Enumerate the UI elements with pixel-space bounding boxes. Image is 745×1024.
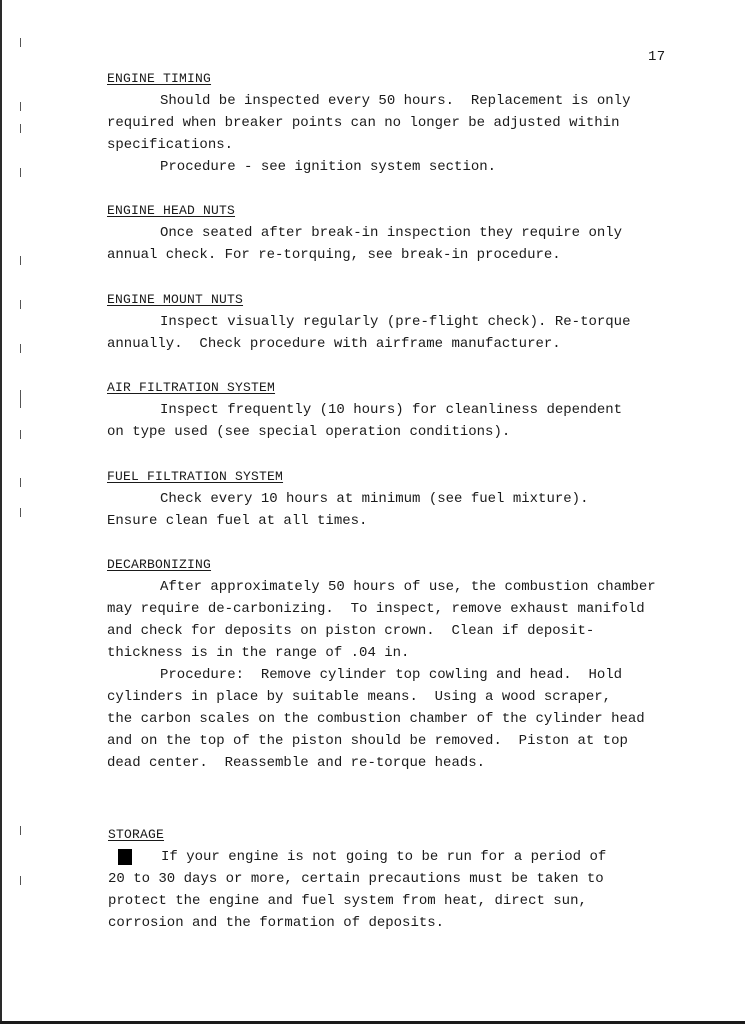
body-line: corrosion and the formation of deposits.: [108, 912, 708, 934]
bullet-marker-icon: [118, 849, 132, 865]
body-line: Check every 10 hours at minimum (see fue…: [107, 488, 707, 510]
margin-mark: [20, 478, 21, 487]
section-engine-mount-nuts: ENGINE MOUNT NUTS Inspect visually regul…: [107, 289, 707, 355]
body-line: and on the top of the piston should be r…: [107, 730, 707, 752]
section-heading: ENGINE HEAD NUTS: [107, 200, 235, 222]
margin-mark: [20, 300, 21, 309]
section-heading: DECARBONIZING: [107, 554, 211, 576]
margin-mark: [20, 168, 21, 177]
section-heading: AIR FILTRATION SYSTEM: [107, 377, 275, 399]
margin-mark: [20, 826, 21, 835]
margin-mark: [20, 344, 21, 353]
body-line: Ensure clean fuel at all times.: [107, 510, 707, 532]
body-line: Procedure: Remove cylinder top cowling a…: [107, 664, 707, 686]
body-line: and check for deposits on piston crown. …: [107, 620, 707, 642]
margin-mark: [20, 38, 21, 47]
margin-mark: [20, 390, 21, 408]
body-line: Inspect visually regularly (pre-flight c…: [107, 311, 707, 333]
section-air-filtration: AIR FILTRATION SYSTEM Inspect frequently…: [107, 377, 707, 443]
body-line: After approximately 50 hours of use, the…: [107, 576, 707, 598]
section-engine-head-nuts: ENGINE HEAD NUTS Once seated after break…: [107, 200, 707, 266]
margin-mark: [20, 124, 21, 133]
body-line: Should be inspected every 50 hours. Repl…: [107, 90, 707, 112]
body-line: protect the engine and fuel system from …: [108, 890, 708, 912]
page-number: 17: [648, 49, 665, 65]
body-line: specifications.: [107, 134, 707, 156]
body-line: the carbon scales on the combustion cham…: [107, 708, 707, 730]
section-heading: ENGINE MOUNT NUTS: [107, 289, 243, 311]
body-line: annual check. For re-torquing, see break…: [107, 244, 707, 266]
body-line: Once seated after break-in inspection th…: [107, 222, 707, 244]
body-line: dead center. Reassemble and re-torque he…: [107, 752, 707, 774]
section-heading: STORAGE: [108, 824, 164, 846]
body-line: 20 to 30 days or more, certain precautio…: [108, 868, 708, 890]
section-storage: STORAGE If your engine is not going to b…: [108, 824, 708, 934]
margin-mark: [20, 102, 21, 111]
section-engine-timing: ENGINE TIMING Should be inspected every …: [107, 68, 707, 178]
body-line: If your engine is not going to be run fo…: [108, 846, 708, 868]
section-heading: FUEL FILTRATION SYSTEM: [107, 466, 283, 488]
margin-mark: [20, 876, 21, 885]
margin-mark: [20, 256, 21, 265]
section-decarbonizing: DECARBONIZING After approximately 50 hou…: [107, 554, 707, 774]
body-line: on type used (see special operation cond…: [107, 421, 707, 443]
body-line: cylinders in place by suitable means. Us…: [107, 686, 707, 708]
body-line: thickness is in the range of .04 in.: [107, 642, 707, 664]
body-line: may require de-carbonizing. To inspect, …: [107, 598, 707, 620]
body-line: required when breaker points can no long…: [107, 112, 707, 134]
margin-mark: [20, 430, 21, 439]
body-line: Procedure - see ignition system section.: [107, 156, 707, 178]
section-fuel-filtration: FUEL FILTRATION SYSTEM Check every 10 ho…: [107, 466, 707, 532]
body-line: Inspect frequently (10 hours) for cleanl…: [107, 399, 707, 421]
body-line: annually. Check procedure with airframe …: [107, 333, 707, 355]
margin-mark: [20, 508, 21, 517]
section-heading: ENGINE TIMING: [107, 68, 211, 90]
page-left-edge: [0, 0, 2, 1024]
